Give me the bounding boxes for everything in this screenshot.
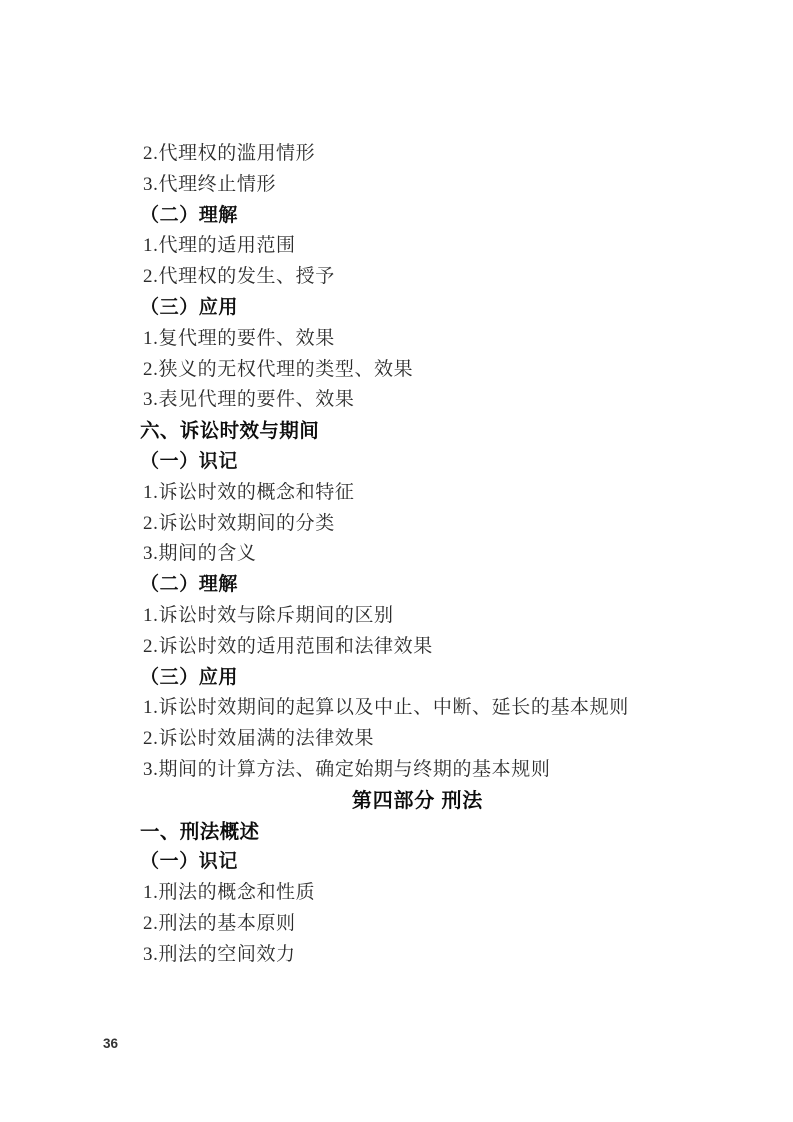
section-heading: 一、刑法概述 xyxy=(104,817,689,848)
outline-item: 1.诉讼时效的概念和特征 xyxy=(104,478,689,509)
document-page: 2.代理权的滥用情形3.代理终止情形（二）理解1.代理的适用范围2.代理权的发生… xyxy=(0,0,793,1122)
outline-item: 1.代理的适用范围 xyxy=(104,231,689,262)
cognition-level-heading: （二）理解 xyxy=(104,201,689,232)
cognition-level-heading: （一）识记 xyxy=(104,847,689,878)
outline-item: 1.复代理的要件、效果 xyxy=(104,324,689,355)
outline-item: 1.诉讼时效期间的起算以及中止、中断、延长的基本规则 xyxy=(104,693,689,724)
outline-item: 3.刑法的空间效力 xyxy=(104,940,689,971)
outline-item: 2.代理权的发生、授予 xyxy=(104,262,689,293)
outline-item: 2.诉讼时效届满的法律效果 xyxy=(104,724,689,755)
outline-item: 3.表见代理的要件、效果 xyxy=(104,385,689,416)
outline-item: 2.诉讼时效期间的分类 xyxy=(104,509,689,540)
outline-item: 2.代理权的滥用情形 xyxy=(104,139,689,170)
outline-item: 1.刑法的概念和性质 xyxy=(104,878,689,909)
outline-item: 3.期间的含义 xyxy=(104,539,689,570)
document-body: 2.代理权的滥用情形3.代理终止情形（二）理解1.代理的适用范围2.代理权的发生… xyxy=(104,139,689,971)
outline-item: 3.代理终止情形 xyxy=(104,170,689,201)
cognition-level-heading: （二）理解 xyxy=(104,570,689,601)
outline-item: 1.诉讼时效与除斥期间的区别 xyxy=(104,601,689,632)
outline-item: 2.狭义的无权代理的类型、效果 xyxy=(104,355,689,386)
cognition-level-heading: （三）应用 xyxy=(104,293,689,324)
section-heading: 六、诉讼时效与期间 xyxy=(104,416,689,447)
outline-item: 3.期间的计算方法、确定始期与终期的基本规则 xyxy=(104,755,689,786)
part-title: 第四部分 刑法 xyxy=(104,786,689,817)
outline-item: 2.诉讼时效的适用范围和法律效果 xyxy=(104,632,689,663)
outline-item: 2.刑法的基本原则 xyxy=(104,909,689,940)
cognition-level-heading: （一）识记 xyxy=(104,447,689,478)
cognition-level-heading: （三）应用 xyxy=(104,663,689,694)
page-number: 36 xyxy=(103,1035,118,1053)
